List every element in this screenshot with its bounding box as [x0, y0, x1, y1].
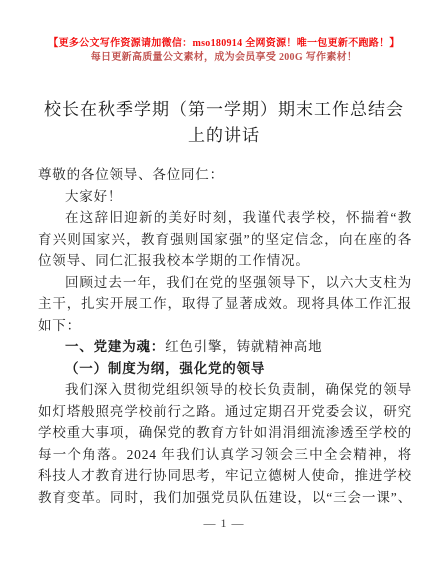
- page-number: — 1 —: [0, 516, 448, 531]
- document-page: 【更多公文写作资源请加微信：mso180914 全网资源！唯一包更新不跑路！】 …: [0, 0, 448, 580]
- section1-subheading: （一）制度为纲，强化党的领导: [38, 358, 412, 380]
- promo-line-2: 每日更新高质量公文素材，成为会员享受 200G 写作素材！: [0, 51, 448, 65]
- promo-line-1: 【更多公文写作资源请加微信：mso180914 全网资源！唯一包更新不跑路！】: [0, 37, 448, 51]
- promo-watermark: 【更多公文写作资源请加微信：mso180914 全网资源！唯一包更新不跑路！】 …: [0, 37, 448, 65]
- greeting-line: 大家好！: [38, 186, 412, 208]
- section1-heading: 一、党建为魂：红色引擎，铸就精神高地: [38, 336, 412, 358]
- document-title: 校长在秋季学期（第一学期）期末工作总结会上的讲话: [37, 97, 411, 149]
- section1-heading-label: 一、党建为魂：: [65, 339, 165, 354]
- salutation-line: 尊敬的各位领导、各位同仁：: [38, 164, 412, 186]
- review-paragraph: 回顾过去一年，我们在党的坚强领导下，以六大支柱为主干，扎实开展工作，取得了显著成…: [38, 272, 412, 337]
- intro-paragraph: 在这辞旧迎新的美好时刻，我谨代表学校，怀揣着“教育兴则国家兴，教育强则国家强”的…: [38, 207, 412, 272]
- section1-heading-title: 红色引擎，铸就精神高地: [165, 339, 322, 354]
- document-body: 尊敬的各位领导、各位同仁： 大家好！ 在这辞旧迎新的美好时刻，我谨代表学校，怀揣…: [38, 164, 412, 510]
- section1-body-paragraph: 我们深入贯彻党组织领导的校长负责制，确保党的领导如灯塔般照亮学校前行之路。通过定…: [38, 379, 412, 510]
